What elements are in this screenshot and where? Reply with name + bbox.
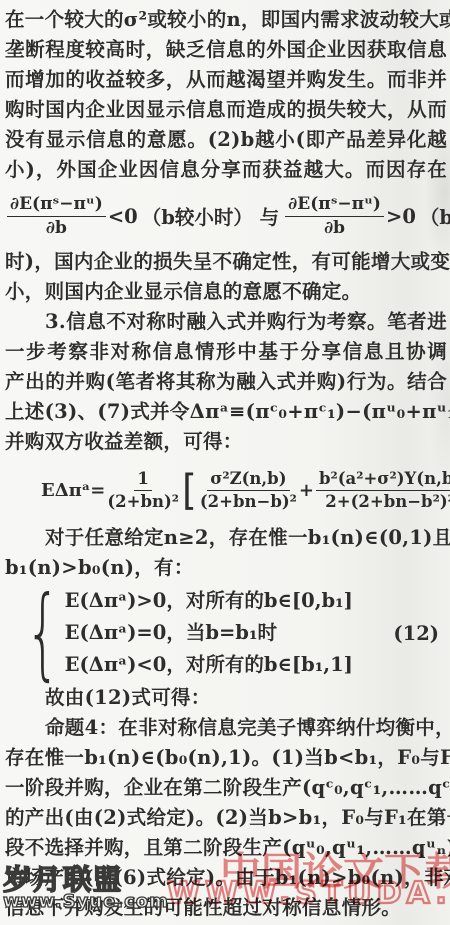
text-line: 上述(3)、(7)式并令Δπᵃ≡(πᶜ₀+πᶜ₁)−(πᵘ₀+πᵘ₁)表示 — [5, 397, 447, 427]
text-line: 垄断程度较高时，缺乏信息的外国企业因获取信息 — [5, 35, 447, 65]
watermark-syue-url: www.Syue.com — [3, 891, 169, 912]
term2-fraction: b²(a²+σ²)Y(n,b) 2+(2+bn−b²)² — [316, 469, 450, 512]
fraction-numerator: ∂E(πˢ−πᵘ) — [7, 194, 106, 216]
page-body: 在一个较大的σ²或较小的n，即国内需求波动较大或 垄断程度较高时，缺乏信息的外国… — [0, 0, 450, 923]
fraction-denominator: ∂b — [46, 217, 67, 238]
case-row: E(Δπᵃ)>0，对所有的b∈[0,b₁] — [65, 585, 353, 617]
text-line: 对于任意给定n≥2，存在惟一b₁(n)∈(0,1)且 — [5, 523, 447, 553]
left-bracket: [ — [182, 469, 197, 511]
relation-symbol: <0 — [108, 205, 138, 228]
fraction-denominator: 2+(2+bn−b²)² — [325, 491, 450, 512]
paragraph-condition: 对于任意给定n≥2，存在惟一b₁(n)∈(0,1)且 b₁(n)>b₀(n)，有… — [5, 523, 447, 583]
text-line: 购时国内企业因显示信息而造成的损失较大，从而 — [5, 95, 447, 125]
term1-fraction: σ²Z(n,b) (2+bn−b)² — [200, 469, 297, 512]
text-line: 存在惟一b₁(n)∈(b₀(n),1)。(1)当b<b₁，F₀与F₁在第 — [5, 743, 447, 773]
partial-derivative-line: ∂E(πˢ−πᵘ) ∂b <0 （b较小时） 与 ∂E(πˢ−πᵘ) ∂b >0… — [5, 185, 447, 247]
text-line: 的产出(由(2)式给定)。(2)当b>b₁，F₀与F₁在第一阶 — [5, 803, 447, 833]
relation-symbol: >0 — [386, 205, 416, 228]
paragraph-info-asymmetry: 在一个较大的σ²或较小的n，即国内需求波动较大或 垄断程度较高时，缺乏信息的外国… — [5, 5, 447, 185]
equation-number: (12) — [393, 622, 439, 645]
text-line: b₁(n)>b₀(n)，有： — [5, 553, 447, 583]
equation-expected-payoff: EΔπᵃ= 1 (2+bn)² [ σ²Z(n,b) (2+bn−b)² + b… — [41, 457, 447, 523]
text-line: 一阶段并购，企业在第二阶段生产(qᶜ₀,qᶜ₁,……qᶜₙ) — [5, 773, 447, 803]
paragraph-section3: 3.信息不对称时融入式并购行为考察。笔者进 一步考察非对称信息情形中基于分享信息… — [5, 307, 447, 457]
fraction-numerator: 1 — [134, 469, 151, 491]
left-brace: { — [25, 583, 60, 683]
fraction-numerator: ∂E(πˢ−πᵘ) — [285, 194, 384, 216]
fraction-numerator: b²(a²+σ²)Y(n,b) — [316, 469, 450, 491]
fraction-denominator: ∂b — [324, 217, 345, 238]
inline-text: （b较小时） 与 — [142, 202, 279, 230]
text-line: 小)，外国企业因信息分享而获益越大。而因存在 — [5, 155, 447, 185]
equation-lhs: EΔπᵃ= — [41, 480, 105, 501]
plus-sign: + — [299, 480, 314, 501]
fraction-denominator: (2+bn)² — [107, 491, 179, 512]
text-line: 命题4：在非对称信息完美子博弈纳什均衡中， — [5, 713, 447, 743]
equation-system-12: { E(Δπᵃ)>0，对所有的b∈[0,b₁] E(Δπᵃ)=0，当b=b₁时 … — [19, 583, 447, 683]
text-line: 3.信息不对称时融入式并购行为考察。笔者进 — [5, 307, 447, 337]
text-line: 并购双方收益差额，可得： — [5, 427, 447, 457]
scanned-paper-page: 在一个较大的σ²或较小的n，即国内需求波动较大或 垄断程度较高时，缺乏信息的外国… — [0, 0, 450, 925]
cases-column: E(Δπᵃ)>0，对所有的b∈[0,b₁] E(Δπᵃ)=0，当b=b₁时 E(… — [65, 585, 353, 681]
case-row: E(Δπᵃ)=0，当b=b₁时 — [65, 617, 353, 649]
text-line: 时)，国内企业的损失呈不确定性，有可能增大或变 — [5, 247, 447, 277]
text-line: 一步考察非对称信息情形中基于分享信息且协调 — [5, 337, 447, 367]
coefficient-fraction: 1 (2+bn)² — [107, 469, 179, 512]
text-line: 在一个较大的σ²或较小的n，即国内需求波动较大或 — [5, 5, 447, 35]
text-line: 没有显示信息的意愿。(2)b越小(即产品差异化越 — [5, 125, 447, 155]
fraction-numerator: σ²Z(n,b) — [207, 469, 289, 491]
text-line: 故由(12)式可得： — [5, 683, 447, 713]
case-row: E(Δπᵃ)<0，对所有的b∈[b₁,1] — [65, 649, 353, 681]
partial-derivative-fraction-2: ∂E(πˢ−πᵘ) ∂b — [285, 194, 384, 238]
text-line: 小，则国内企业显示信息的意愿不确定。 — [5, 277, 447, 307]
inline-text: （b较大 — [420, 202, 450, 230]
watermark-studa-url: WWW.STUDA. — [167, 876, 450, 911]
partial-derivative-fraction-1: ∂E(πˢ−πᵘ) ∂b — [7, 194, 106, 238]
text-line: 而增加的收益较多，从而越渴望并购发生。而非并 — [5, 65, 447, 95]
text-line: 产出的并购(笔者将其称为融入式并购)行为。结合 — [5, 367, 447, 397]
fraction-denominator: (2+bn−b)² — [200, 491, 297, 512]
paragraph-info-asymmetry-end: 时)，国内企业的损失呈不确定性，有可能增大或变 小，则国内企业显示信息的意愿不确… — [5, 247, 447, 307]
